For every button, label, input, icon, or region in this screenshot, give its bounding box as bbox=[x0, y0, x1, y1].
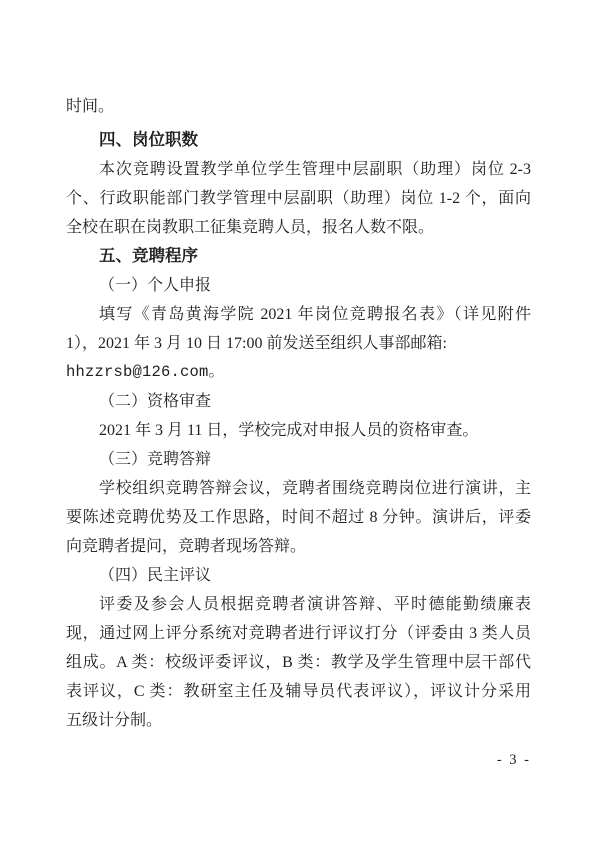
paragraph-line: 要陈述竞聘优势及工作思路，时间不超过 8 分钟。演讲后，评委 bbox=[66, 503, 531, 532]
paragraph-line: 2021 年 3 月 11 日，学校完成对申报人员的资格审查。 bbox=[66, 416, 531, 445]
paragraph-line: 1），2021 年 3 月 10 日 17:00 前发送至组织人事部邮箱: bbox=[66, 329, 531, 358]
subsection-heading-3: （三）竞聘答辩 bbox=[66, 445, 531, 474]
paragraph-line: 表评议，C 类：教研室主任及辅导员代表评议），评议计分采用 bbox=[66, 677, 531, 706]
paragraph-line: 组成。A 类：校级评委评议，B 类：教学及学生管理中层干部代 bbox=[66, 648, 531, 677]
subsection-heading-4: （四）民主评议 bbox=[66, 561, 531, 590]
paragraph-line: 评委及参会人员根据竞聘者演讲答辩、平时德能勤绩廉表 bbox=[66, 590, 531, 619]
paragraph-line: 全校在职在岗教职工征集竞聘人员，报名人数不限。 bbox=[66, 213, 531, 242]
section-heading-4: 四、岗位职数 bbox=[66, 126, 531, 155]
section-heading-5: 五、竞聘程序 bbox=[66, 242, 531, 271]
paragraph-line: 五级计分制。 bbox=[66, 706, 531, 735]
subsection-heading-1: （一）个人申报 bbox=[66, 271, 531, 300]
document-body: 时间。 四、岗位职数 本次竞聘设置教学单位学生管理中层副职（助理）岗位 2-3 … bbox=[0, 0, 597, 735]
paragraph-line: 现，通过网上评分系统对竞聘者进行评议打分（评委由 3 类人员 bbox=[66, 619, 531, 648]
page-number: - 3 - bbox=[497, 752, 531, 769]
subsection-heading-2: （二）资格审查 bbox=[66, 387, 531, 416]
paragraph-line: 向竞聘者提问，竞聘者现场答辩。 bbox=[66, 532, 531, 561]
paragraph-line: 时间。 bbox=[66, 92, 531, 121]
paragraph-line: 学校组织竞聘答辩会议，竞聘者围绕竞聘岗位进行演讲，主 bbox=[66, 474, 531, 503]
paragraph-line: 个、行政职能部门教学管理中层副职（助理）岗位 1-2 个，面向 bbox=[66, 184, 531, 213]
page-footer: - 3 - bbox=[0, 751, 597, 769]
paragraph-line: 填写《青岛黄海学院 2021 年岗位竞聘报名表》（详见附件 bbox=[66, 300, 531, 329]
document-page: 时间。 四、岗位职数 本次竞聘设置教学单位学生管理中层副职（助理）岗位 2-3 … bbox=[0, 0, 597, 843]
paragraph-line: 本次竞聘设置教学单位学生管理中层副职（助理）岗位 2-3 bbox=[66, 155, 531, 184]
email-address: hhzzrsb@126.com。 bbox=[66, 358, 531, 387]
